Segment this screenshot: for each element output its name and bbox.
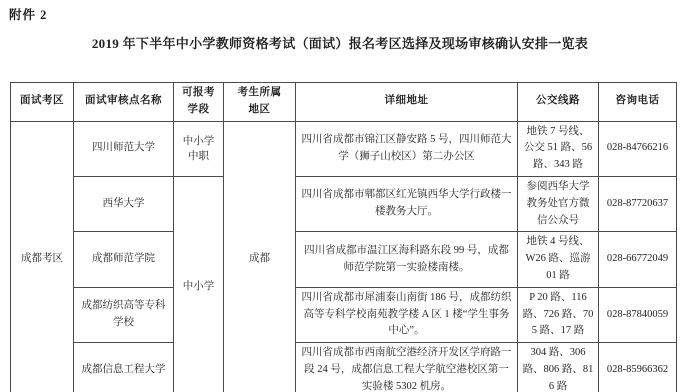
header-site-name-label: 面试审核点名称 <box>78 93 169 110</box>
stage-cell: 中小学 中职 <box>174 121 224 176</box>
address-cell: 四川省成都市郫都区红光镇西华大学行政楼一楼教务大厅。 <box>296 176 518 231</box>
bus-cell: 304 路、306 路、806 路、816 路 <box>518 343 599 392</box>
attachment-label: 附件 2 <box>9 5 47 23</box>
table-row: 西华大学 中小学 四川省成都市郫都区红光镇西华大学行政楼一楼教务大厅。 参阅西华… <box>11 176 677 231</box>
bus-cell: P 20 路、116 路、726 路、705 路、17 路 <box>518 287 599 342</box>
header-bus: 公交线路 <box>518 83 599 122</box>
header-phone: 咨询电话 <box>599 83 677 122</box>
site-cell: 四川师范大学 <box>74 121 174 176</box>
site-cell: 成都信息工程大学 <box>74 343 174 392</box>
phone-cell: 028-85966362 <box>599 343 677 392</box>
address-cell: 四川省成都市温江区海科路东段 99 号，成都师范学院第一实验楼南楼。 <box>296 232 518 287</box>
address-cell: 四川省成都市西南航空港经济开发区学府路一段 24 号，成都信息工程大学航空港校区… <box>296 343 518 392</box>
phone-cell: 028-87840059 <box>599 287 677 342</box>
header-exam-area-label: 面试考区 <box>15 93 69 110</box>
bus-cell: 地铁 4 号线、W26 路、巡游 01 路 <box>518 232 599 287</box>
table-row: 成都信息工程大学 四川省成都市西南航空港经济开发区学府路一段 24 号，成都信息… <box>11 343 677 392</box>
phone-cell: 028-87720637 <box>599 176 677 231</box>
table-row: 成都纺织高等专科学校 四川省成都市犀浦泰山南街 186 号，成都纺织高等专科学校… <box>11 287 677 342</box>
site-cell: 成都师范学院 <box>74 232 174 287</box>
header-region: 考生所属地区 <box>224 83 296 122</box>
phone-cell: 028-84766216 <box>599 121 677 176</box>
header-bus-label: 公交线路 <box>522 93 594 110</box>
bus-cell: 参阅西华大学教务处官方微信公众号 <box>518 176 599 231</box>
address-cell: 四川省成都市犀浦泰山南街 186 号，成都纺织高等专科学校南苑教学楼 A 区 1… <box>296 287 518 342</box>
site-cell: 西华大学 <box>74 176 174 231</box>
table-row: 成都考区 四川师范大学 中小学 中职 成都 四川省成都市锦江区静安路 5 号，四… <box>11 121 677 176</box>
header-address-label: 详细地址 <box>300 93 513 110</box>
stage-line-2: 中职 <box>178 149 219 164</box>
document-page: 附件 2 2019 年下半年中小学教师资格考试（面试）报名考区选择及现场审核确认… <box>0 0 680 392</box>
table-header-row: 面试考区 面试审核点名称 可报考学段 考生所属地区 详细地址 公交线路 咨询电话 <box>11 83 677 122</box>
phone-cell: 028-66772049 <box>599 232 677 287</box>
header-site-name: 面试审核点名称 <box>74 83 174 122</box>
header-stage-label: 可报考学段 <box>182 85 216 119</box>
stage-line-1: 中小学 <box>178 134 219 149</box>
review-sites-table: 面试考区 面试审核点名称 可报考学段 考生所属地区 详细地址 公交线路 咨询电话… <box>10 82 677 392</box>
stage-merged-cell: 中小学 <box>174 176 224 392</box>
table-row: 成都师范学院 四川省成都市温江区海科路东段 99 号，成都师范学院第一实验楼南楼… <box>11 232 677 287</box>
header-address: 详细地址 <box>296 83 518 122</box>
bus-cell: 地铁 7 号线、公交 51 路、56 路、343 路 <box>518 121 599 176</box>
header-region-label: 考生所属地区 <box>237 85 283 119</box>
header-phone-label: 咨询电话 <box>603 93 672 110</box>
document-title: 2019 年下半年中小学教师资格考试（面试）报名考区选择及现场审核确认安排一览表 <box>0 33 680 52</box>
site-cell: 成都纺织高等专科学校 <box>74 287 174 342</box>
exam-area-cell: 成都考区 <box>11 121 74 392</box>
region-cell: 成都 <box>224 121 296 392</box>
address-cell: 四川省成都市锦江区静安路 5 号，四川师范大学（狮子山校区）第二办公区 <box>296 121 518 176</box>
header-stage: 可报考学段 <box>174 83 224 122</box>
header-exam-area: 面试考区 <box>11 83 74 122</box>
